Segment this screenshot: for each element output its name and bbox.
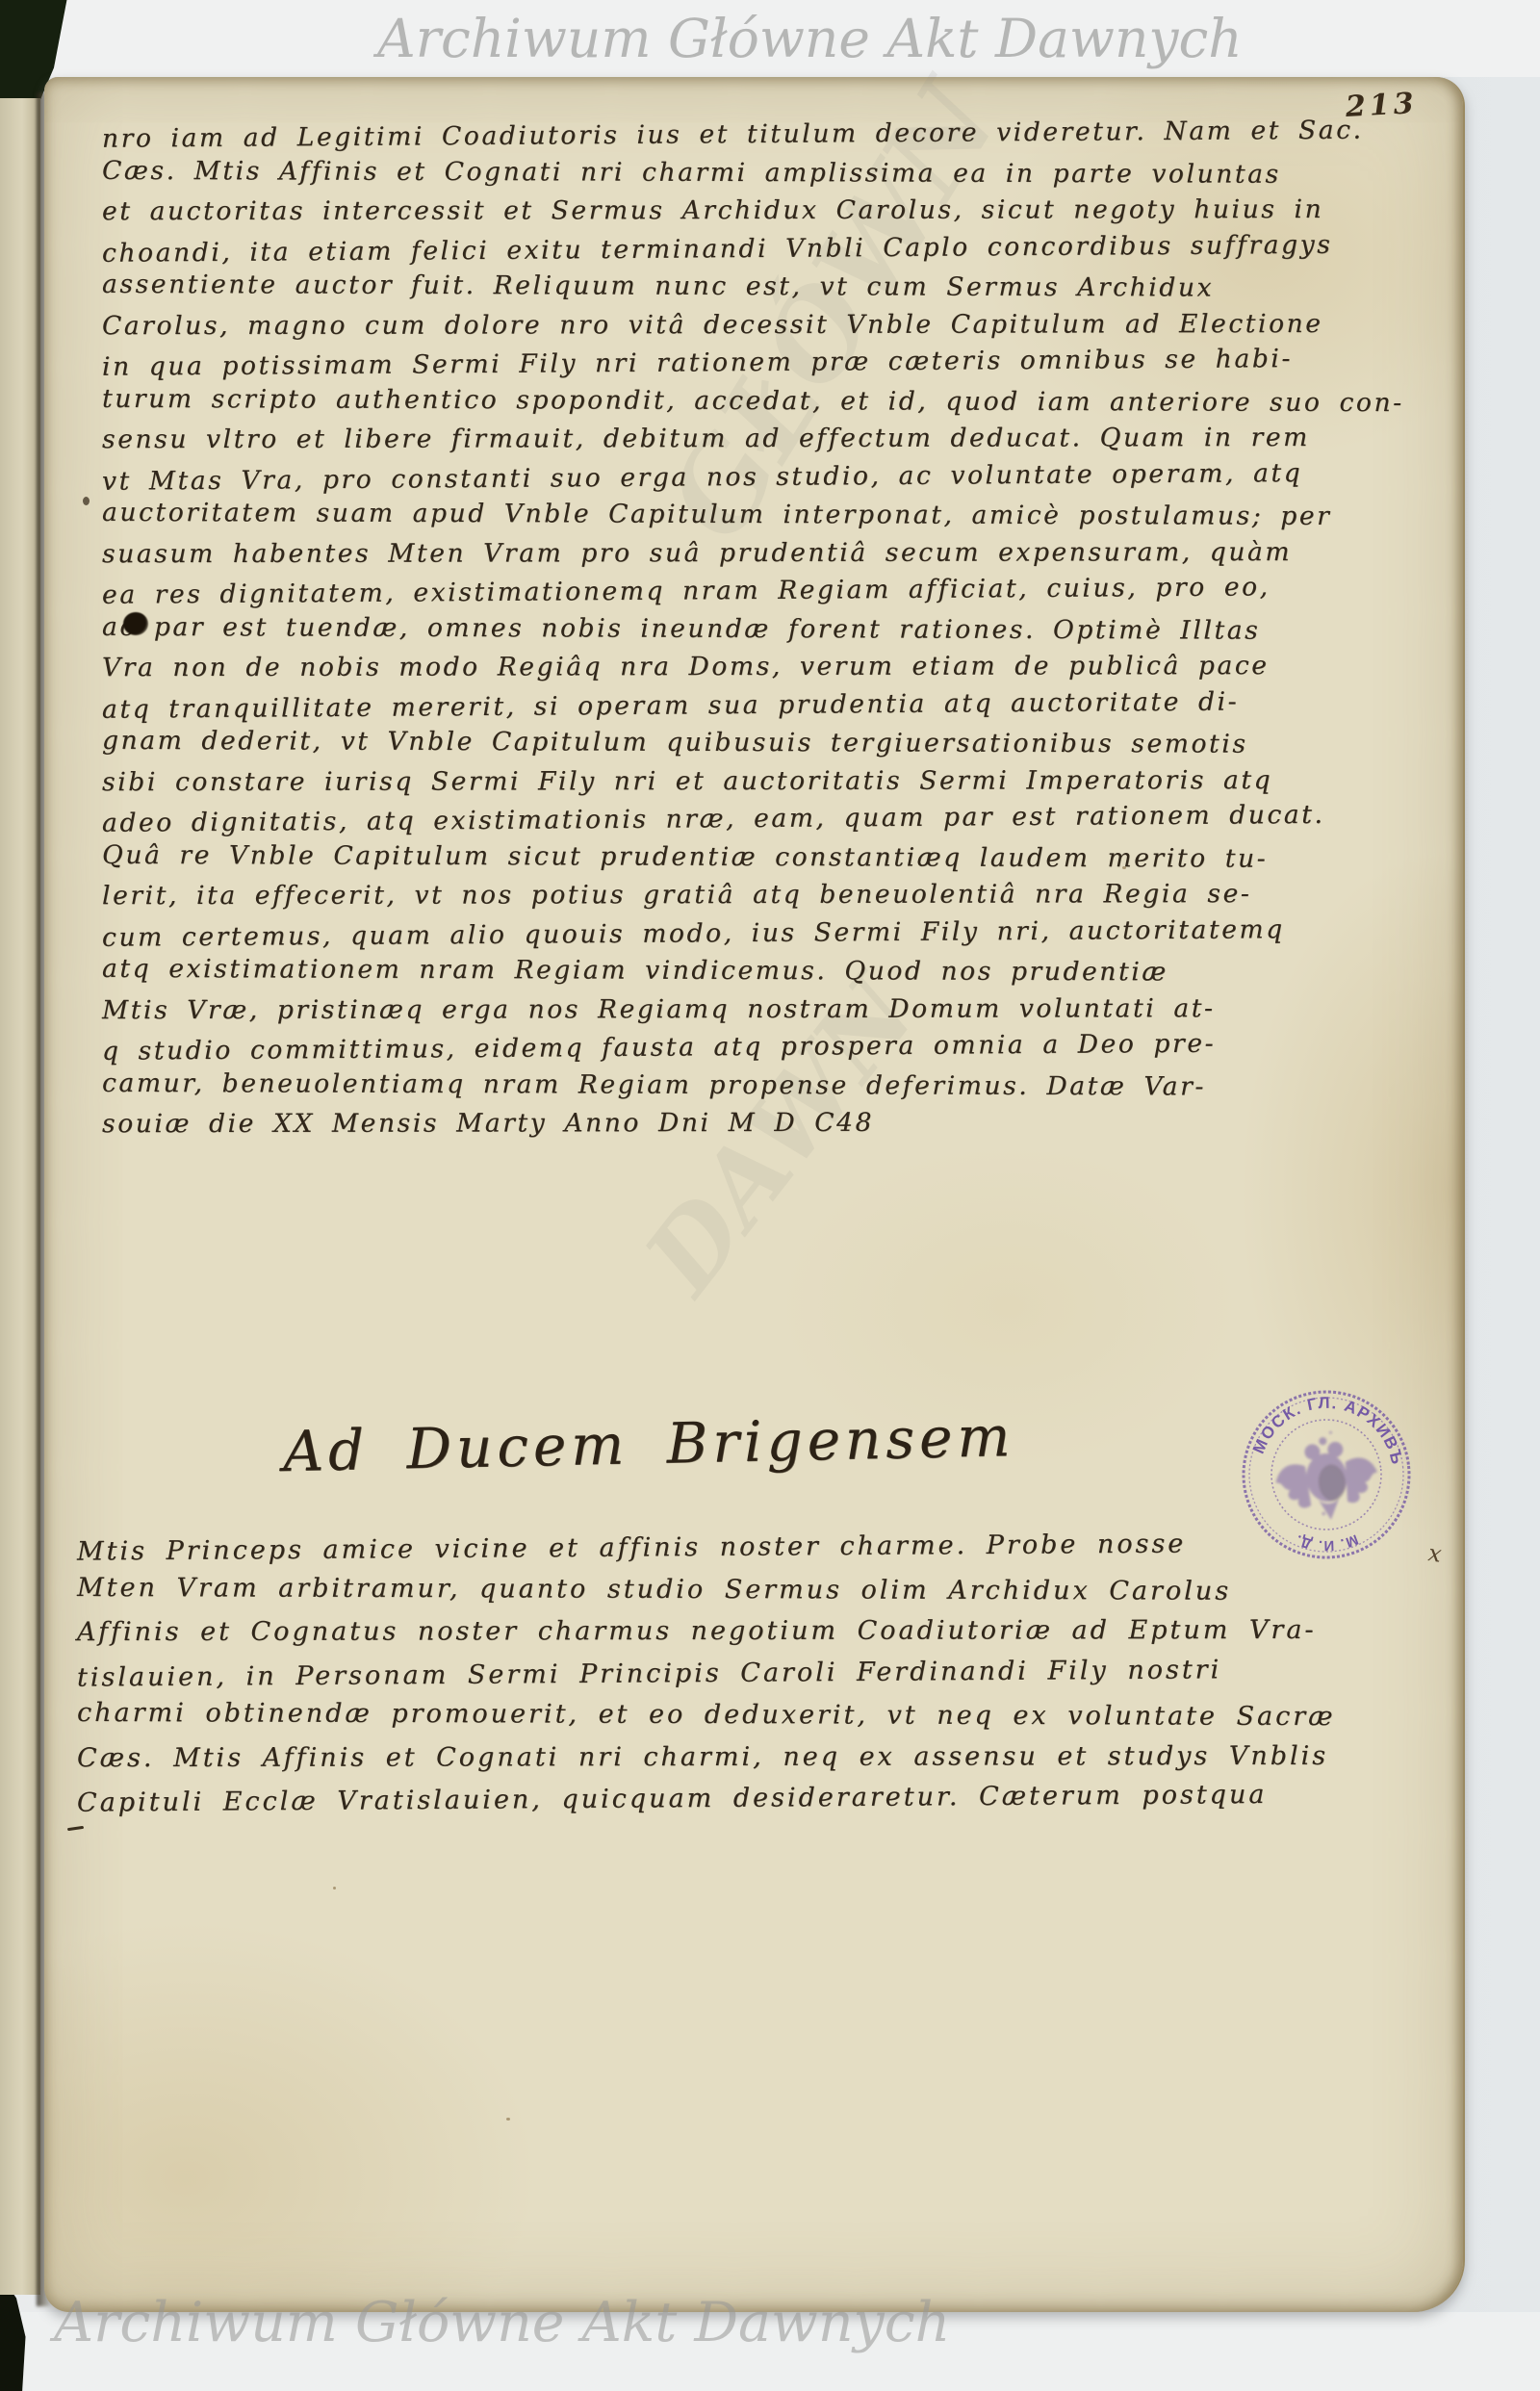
manuscript-line: tislauien, in Personam Sermi Principis C…: [77, 1654, 1336, 1705]
manuscript-line: choandi, ita etiam felici exitu terminan…: [102, 229, 1404, 276]
manuscript-line: Affinis et Cognatus noster charmus negot…: [77, 1615, 1336, 1659]
archive-stamp: МОСК. ГЛ. АРХИВЪ М. И. Д.: [1226, 1375, 1427, 1576]
manuscript-line: camur, beneuolentiamq nram Regiam propen…: [102, 1067, 1404, 1110]
manuscript-line: Quâ re Vnble Capitulum sicut prudentiæ c…: [102, 839, 1404, 882]
archive-watermark-bottom: Archiwum Główne Akt Dawnych: [54, 2291, 950, 2354]
manuscript-line: in qua potissimam Sermi Fily nri ratione…: [102, 343, 1404, 390]
letter-paragraph-1: nro iam ad Legitimi Coadiutoris ius et t…: [102, 119, 1404, 1146]
manuscript-line: atq existimationem nram Regiam vindicemu…: [102, 954, 1404, 996]
manuscript-line: nro iam ad Legitimi Coadiutoris ius et t…: [102, 115, 1404, 162]
manuscript-line: Cæs. Mtis Affinis et Cognati nri charmi,…: [77, 1740, 1336, 1785]
manuscript-line: suasum habentes Mten Vram pro suâ pruden…: [102, 536, 1404, 577]
manuscript-line: Carolus, magno cum dolore nro vitâ deces…: [102, 308, 1404, 348]
manuscript-line: q studio committimus, eidemq fausta atq …: [102, 1027, 1404, 1074]
paper-speck: [1122, 866, 1126, 869]
archive-watermark-top: Archiwum Główne Akt Dawnych: [377, 8, 1243, 69]
manuscript-line: Mtis Vræ, pristinæq erga nos Regiamq nos…: [102, 992, 1404, 1033]
manuscript-line: souiæ die XX Mensis Marty Anno Dni M D C…: [102, 1107, 1404, 1147]
ink-blot: [123, 612, 148, 635]
manuscript-line: charmi obtinendæ promouerit, et eo dedux…: [77, 1698, 1336, 1744]
manuscript-line: Mtis Princeps amice vicine et affinis no…: [77, 1528, 1336, 1579]
manuscript-line: vt Mtas Vra, pro constanti suo erga nos …: [102, 457, 1404, 504]
facing-page-edge: [0, 98, 40, 2295]
section-heading: Ad Ducem Brigensem: [282, 1403, 1015, 1484]
manuscript-line: gnam dederit, vt Vnble Capitulum quibusu…: [102, 726, 1404, 768]
manuscript-line: turum scripto authentico spopondit, acce…: [102, 383, 1404, 425]
paper-speck: [506, 2118, 510, 2121]
manuscript-line: Capituli Ecclæ Vratislauien, quicquam de…: [77, 1779, 1336, 1830]
stamp-arc-text-bottom: М. И. Д.: [1291, 1525, 1361, 1557]
manuscript-scan: 213 GŁÓWN DAWN nro iam ad Legitimi Coadi…: [0, 0, 1540, 2391]
manuscript-line: ea res dignitatem, existimationemq nram …: [102, 571, 1404, 618]
manuscript-line: assentiente auctor fuit. Reliquum nunc e…: [102, 270, 1404, 312]
manuscript-page: 213 GŁÓWN DAWN nro iam ad Legitimi Coadi…: [44, 77, 1465, 2312]
manuscript-line: sibi constare iurisq Sermi Fily nri et a…: [102, 764, 1404, 805]
manuscript-line: cum certemus, quam alio quouis modo, ius…: [102, 913, 1404, 961]
manuscript-line: lerit, ita effecerit, vt nos potius grat…: [102, 879, 1404, 919]
manuscript-line: sensu vltro et libere firmauit, debitum …: [102, 423, 1404, 463]
paper-speck: [333, 1887, 336, 1890]
manuscript-line: adeo dignitatis, atq existimationis nræ,…: [102, 799, 1404, 846]
manuscript-line: ac par est tuendæ, omnes nobis ineundæ f…: [102, 611, 1404, 654]
ink-dot: [83, 497, 90, 505]
letter-paragraph-2: Mtis Princeps amice vicine et affinis no…: [77, 1532, 1336, 1826]
manuscript-line: et auctoritas intercessit et Sermus Arch…: [102, 194, 1404, 235]
manuscript-line: auctoritatem suam apud Vnble Capitulum i…: [102, 498, 1404, 540]
pen-x-mark: x: [1426, 1539, 1443, 1568]
manuscript-line: atq tranquillitate mererit, si operam su…: [102, 685, 1404, 733]
margin-mark: [67, 1826, 84, 1831]
manuscript-line: Mten Vram arbitramur, quanto studio Serm…: [77, 1572, 1336, 1618]
manuscript-line: Cæs. Mtis Affinis et Cognati nri charmi …: [102, 155, 1404, 197]
manuscript-line: Vra non de nobis modo Regiâq nra Doms, v…: [102, 651, 1404, 691]
